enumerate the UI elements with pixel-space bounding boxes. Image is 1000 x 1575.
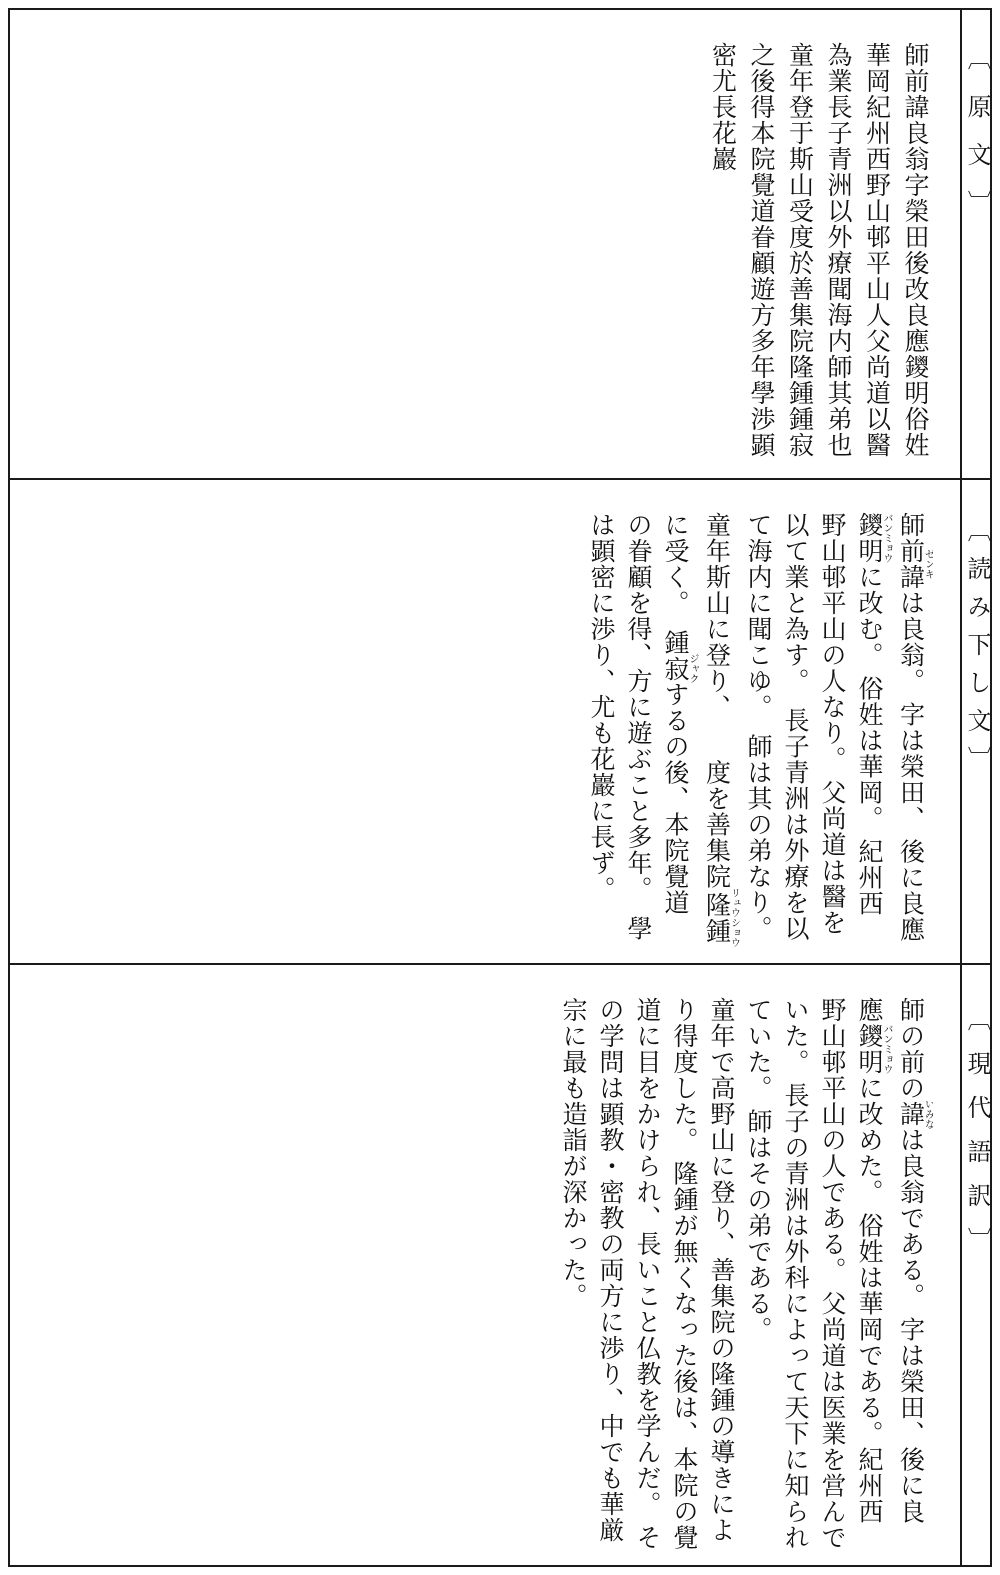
- text-column: 華岡紀州西野山邨平山人父尚道以醫: [856, 42, 895, 478]
- gendaigoyaku-text: 師の前の諱いみなは良翁である。 字は榮田、後に良應鑁明バンミョウに改めた。 俗姓…: [18, 965, 933, 1565]
- text-column: 野山邨平山の人である。 父尚道は医業を営んで: [813, 997, 850, 1565]
- text-column: て海内に聞こゆ。 師は其の弟なり。: [739, 512, 776, 963]
- ruby-annotated-word: 鑁明バンミョウ: [855, 1023, 882, 1075]
- text-column: 密尤長花巖: [702, 42, 741, 478]
- text-column: の学問は顕教・密教の両方に渉り、中でも華厳: [591, 997, 628, 1565]
- text-column: 師前諱ゼンキは良翁。 字は榮田、 後に良應: [892, 512, 934, 963]
- text-column: 師前諱良翁字榮田後改良應鑁明俗姓: [895, 42, 934, 478]
- text-column: 之後得本院覺道眷顧遊方多年學渉顕: [741, 42, 780, 478]
- text-column: 童年で高野山に登り、善集院の隆鍾の導きによ: [702, 997, 739, 1565]
- text-column: 野山邨平山の人なり。 父尚道は醫を: [813, 512, 850, 963]
- ruby-annotated-word: 諱いみな: [897, 1101, 924, 1127]
- section-label-genbun: 〔 原 文 〕: [960, 10, 990, 478]
- yomikudashi-text: 師前諱ゼンキは良翁。 字は榮田、 後に良應鑁明バンミョウに改む。 俗姓は華岡。 …: [18, 480, 933, 963]
- text-column: 童年登于斯山受度於善集院隆鍾鍾寂: [779, 42, 818, 478]
- text-column: 為業長子青洲以外療聞海内師其弟也: [818, 42, 857, 478]
- text-column: ていた。 師はその弟である。: [739, 997, 776, 1565]
- text-column: 以て業と為す。 長子青洲は外療を以: [776, 512, 813, 963]
- ruby-annotated-word: 前諱ゼンキ: [897, 538, 924, 590]
- genbun-text: 師前諱良翁字榮田後改良應鑁明俗姓華岡紀州西野山邨平山人父尚道以醫為業長子青洲以外…: [18, 10, 933, 478]
- text-column: り得度した。 隆鍾が無くなった後は、本院の覺: [665, 997, 702, 1565]
- text-column: 應鑁明バンミョウに改めた。 俗姓は華岡である。紀州西: [850, 997, 892, 1565]
- ruby-annotated-word: 隆鍾リュウショウ: [703, 890, 730, 948]
- document-page: 〔 原 文 〕 師前諱良翁字榮田後改良應鑁明俗姓華岡紀州西野山邨平山人父尚道以醫…: [0, 0, 1000, 1575]
- section-label-gendaigoyaku: 〔現代語訳〕: [960, 965, 990, 1565]
- text-column: に受く。 鍾寂ジャクするの後、本院覺道: [656, 512, 698, 963]
- section-gendaigoyaku: 〔現代語訳〕 師の前の諱いみなは良翁である。 字は榮田、後に良應鑁明バンミョウに…: [8, 965, 992, 1567]
- ruby-annotated-word: 寂ジャク: [661, 656, 688, 682]
- text-column: は顕密に渉り、尤も花巖に長ず。: [582, 512, 619, 963]
- text-column: の眷顧を得、方に遊ぶこと多年。 學: [619, 512, 656, 963]
- text-column: 師の前の諱いみなは良翁である。 字は榮田、後に良: [892, 997, 934, 1565]
- ruby-annotated-word: 鑁明バンミョウ: [855, 512, 882, 564]
- text-column: 鑁明バンミョウに改む。 俗姓は華岡。 紀州西: [850, 512, 892, 963]
- section-label-yomikudashi: 〔読み下し文〕: [960, 480, 990, 963]
- text-column: 道に目をかけられ、長いこと仏教を学んだ。 そ: [628, 997, 665, 1565]
- text-column: 童年斯山に登り、 度を善集院隆鍾リュウショウ: [698, 512, 740, 963]
- text-column: 宗に最も造詣が深かった。: [554, 997, 591, 1565]
- section-yomikudashi: 〔読み下し文〕 師前諱ゼンキは良翁。 字は榮田、 後に良應鑁明バンミョウに改む。…: [8, 480, 992, 965]
- section-genbun: 〔 原 文 〕 師前諱良翁字榮田後改良應鑁明俗姓華岡紀州西野山邨平山人父尚道以醫…: [8, 8, 992, 480]
- text-column: いた。 長子の青洲は外科によって天下に知られ: [776, 997, 813, 1565]
